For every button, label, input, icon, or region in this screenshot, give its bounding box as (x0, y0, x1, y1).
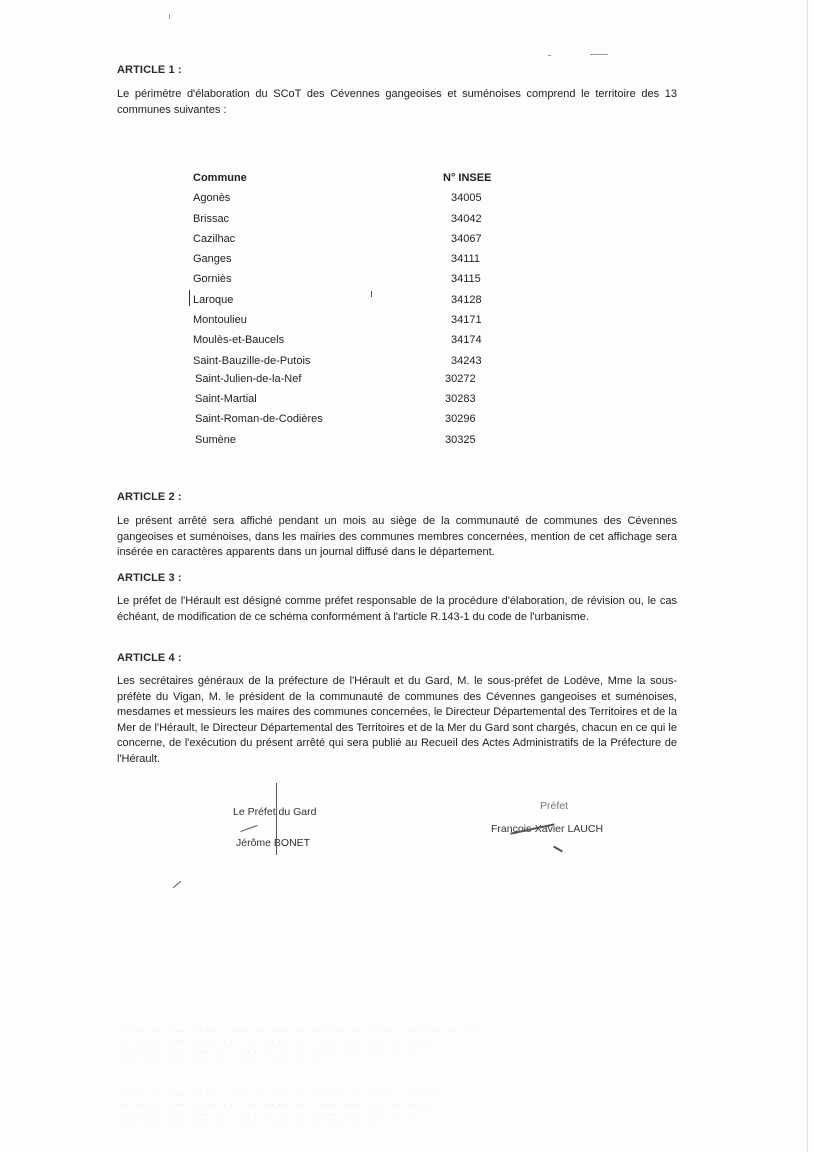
insee-code: 34171 (451, 314, 482, 326)
signature-stroke (173, 881, 181, 888)
scan-mark (548, 55, 551, 56)
insee-code: 34042 (451, 213, 482, 225)
page-edge (807, 0, 808, 1152)
scan-mark (371, 291, 372, 297)
table-row: Gorniès34115 (193, 273, 513, 293)
signature-left-name: Jérôme BONET (236, 837, 310, 849)
insee-code: 34174 (451, 334, 482, 346)
article-1-heading: ARTICLE 1 : (117, 64, 182, 76)
table-row: Montoulieu34171 (193, 314, 513, 334)
insee-code: 34111 (451, 253, 480, 265)
insee-code: 34128 (451, 294, 482, 306)
article-1-text: Le périmètre d'élaboration du SCoT des C… (117, 86, 677, 118)
article-4-text: Les secrétaires généraux de la préfectur… (117, 674, 677, 767)
faded-footer-text: ·· · ··· · · ·· ···· · ·· ··· · · ·· ·· … (120, 1037, 690, 1046)
column-header-insee: N° INSEE (443, 172, 491, 184)
commune-name: Saint-Bauzille-de-Putois (193, 355, 310, 367)
insee-code: 30296 (445, 413, 476, 425)
commune-name: Agonès (193, 192, 230, 204)
table-row: Agonès34005 (193, 192, 513, 212)
table-header: Commune N° INSEE (193, 172, 513, 192)
commune-name: Saint-Roman-de-Codières (195, 413, 323, 425)
insee-code: 30283 (445, 393, 476, 405)
table-row: Saint-Bauzille-de-Putois34243 (193, 355, 513, 373)
table-row: Saint-Martial30283 (193, 393, 513, 413)
faded-footer-text: · · ··· · ·· ·· ··· ·· · ··· · · ···· · … (120, 1090, 690, 1099)
signature-left-title: Le Préfet du Gard (233, 806, 316, 818)
faded-footer-text: ·· ··· · ·· · ···· · ·· ·· ··· · · ·· ··… (120, 1057, 690, 1066)
table-row: Brissac34042 (193, 213, 513, 233)
article-3-text: Le préfet de l'Hérault est désigné comme… (117, 594, 677, 625)
commune-name: Montoulieu (193, 314, 247, 326)
insee-code: 34115 (451, 273, 481, 285)
signature-stroke (553, 846, 563, 853)
commune-name: Cazilhac (193, 233, 235, 245)
commune-name: Laroque (193, 294, 233, 306)
article-4-heading: ARTICLE 4 : (117, 652, 182, 664)
table-row: Saint-Julien-de-la-Nef30272 (193, 373, 513, 393)
table-row: Saint-Roman-de-Codières30296 (193, 413, 513, 433)
faded-footer-text: · · ··· · ·· ·· ··· ·· · ··· · · ···· · … (120, 1027, 690, 1036)
communes-table: Commune N° INSEE Agonès34005 Brissac3404… (193, 172, 513, 454)
commune-name: Gorniès (193, 273, 232, 285)
insee-code: 34243 (451, 355, 482, 367)
scan-mark (590, 54, 608, 55)
column-header-commune: Commune (193, 172, 247, 184)
document-page: ARTICLE 1 : Le périmètre d'élaboration d… (0, 0, 814, 1152)
table-row: Ganges34111 (193, 253, 513, 273)
commune-name: Saint-Julien-de-la-Nef (195, 373, 301, 385)
scan-mark (169, 14, 170, 19)
insee-code: 34067 (451, 233, 482, 245)
faded-footer-text: · ·· ··· ·· · ·· ··· · ···· ·· · · ··· ·… (120, 1110, 690, 1119)
insee-code: 30272 (445, 373, 476, 385)
commune-name: Brissac (193, 213, 229, 225)
faded-footer-text: ·· · ··· · · ·· ···· · ·· ··· · · ·· ·· … (120, 1100, 690, 1109)
article-2-heading: ARTICLE 2 : (117, 491, 182, 503)
article-2-text: Le présent arrêté sera affiché pendant u… (117, 514, 677, 561)
table-row: Laroque34128 (193, 294, 513, 314)
insee-code: 30325 (445, 434, 476, 446)
signature-stroke (240, 825, 257, 832)
article-3-heading: ARTICLE 3 : (117, 572, 182, 584)
commune-name: Ganges (193, 253, 232, 265)
commune-name: Moulès-et-Baucels (193, 334, 284, 346)
commune-name: Saint-Martial (195, 393, 257, 405)
table-row: Sumène30325 (193, 434, 513, 454)
commune-name: Sumène (195, 434, 236, 446)
insee-code: 34005 (451, 192, 482, 204)
signature-right-title: Préfet (540, 800, 568, 812)
scan-mark (189, 290, 190, 306)
signature-stroke (276, 783, 277, 855)
table-row: Cazilhac34067 (193, 233, 513, 253)
faded-footer-text: ·· ··· · ·· · ···· · ·· ·· ··· · · ·· ··… (120, 1120, 690, 1129)
faded-footer-text: · ·· ··· ·· · ·· ··· · ···· ·· · · ··· ·… (120, 1047, 690, 1056)
table-row: Moulès-et-Baucels34174 (193, 334, 513, 354)
